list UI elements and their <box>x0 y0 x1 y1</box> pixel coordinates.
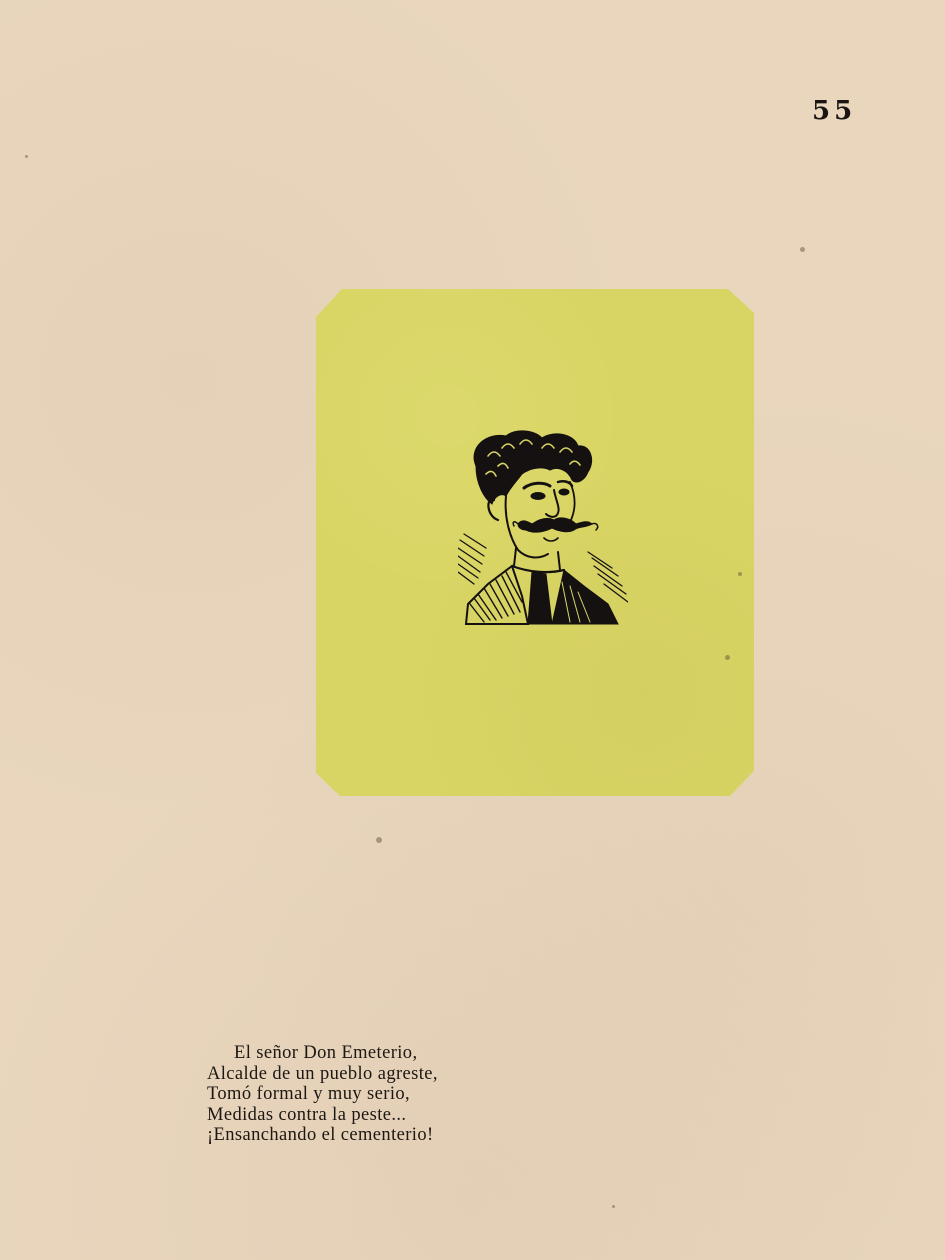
paper-speck <box>738 572 742 576</box>
document-page: 55 <box>0 0 945 1260</box>
portrait-engraving-icon <box>458 426 628 626</box>
verse-block: El señor Don Emeterio, Alcalde de un pue… <box>207 1043 438 1146</box>
verse-line: El señor Don Emeterio, <box>207 1043 438 1064</box>
paper-speck <box>612 1205 615 1208</box>
verse-line: Alcalde de un pueblo agreste, <box>207 1064 438 1085</box>
verse-line: Medidas contra la peste... <box>207 1105 438 1126</box>
paper-speck <box>800 247 805 252</box>
verse-line: ¡Ensanchando el cementerio! <box>207 1125 438 1146</box>
verse-line: Tomó formal y muy serio, <box>207 1084 438 1105</box>
page-number: 55 <box>812 96 856 126</box>
paper-speck <box>376 837 382 843</box>
paper-speck <box>725 655 730 660</box>
paper-speck <box>25 155 28 158</box>
